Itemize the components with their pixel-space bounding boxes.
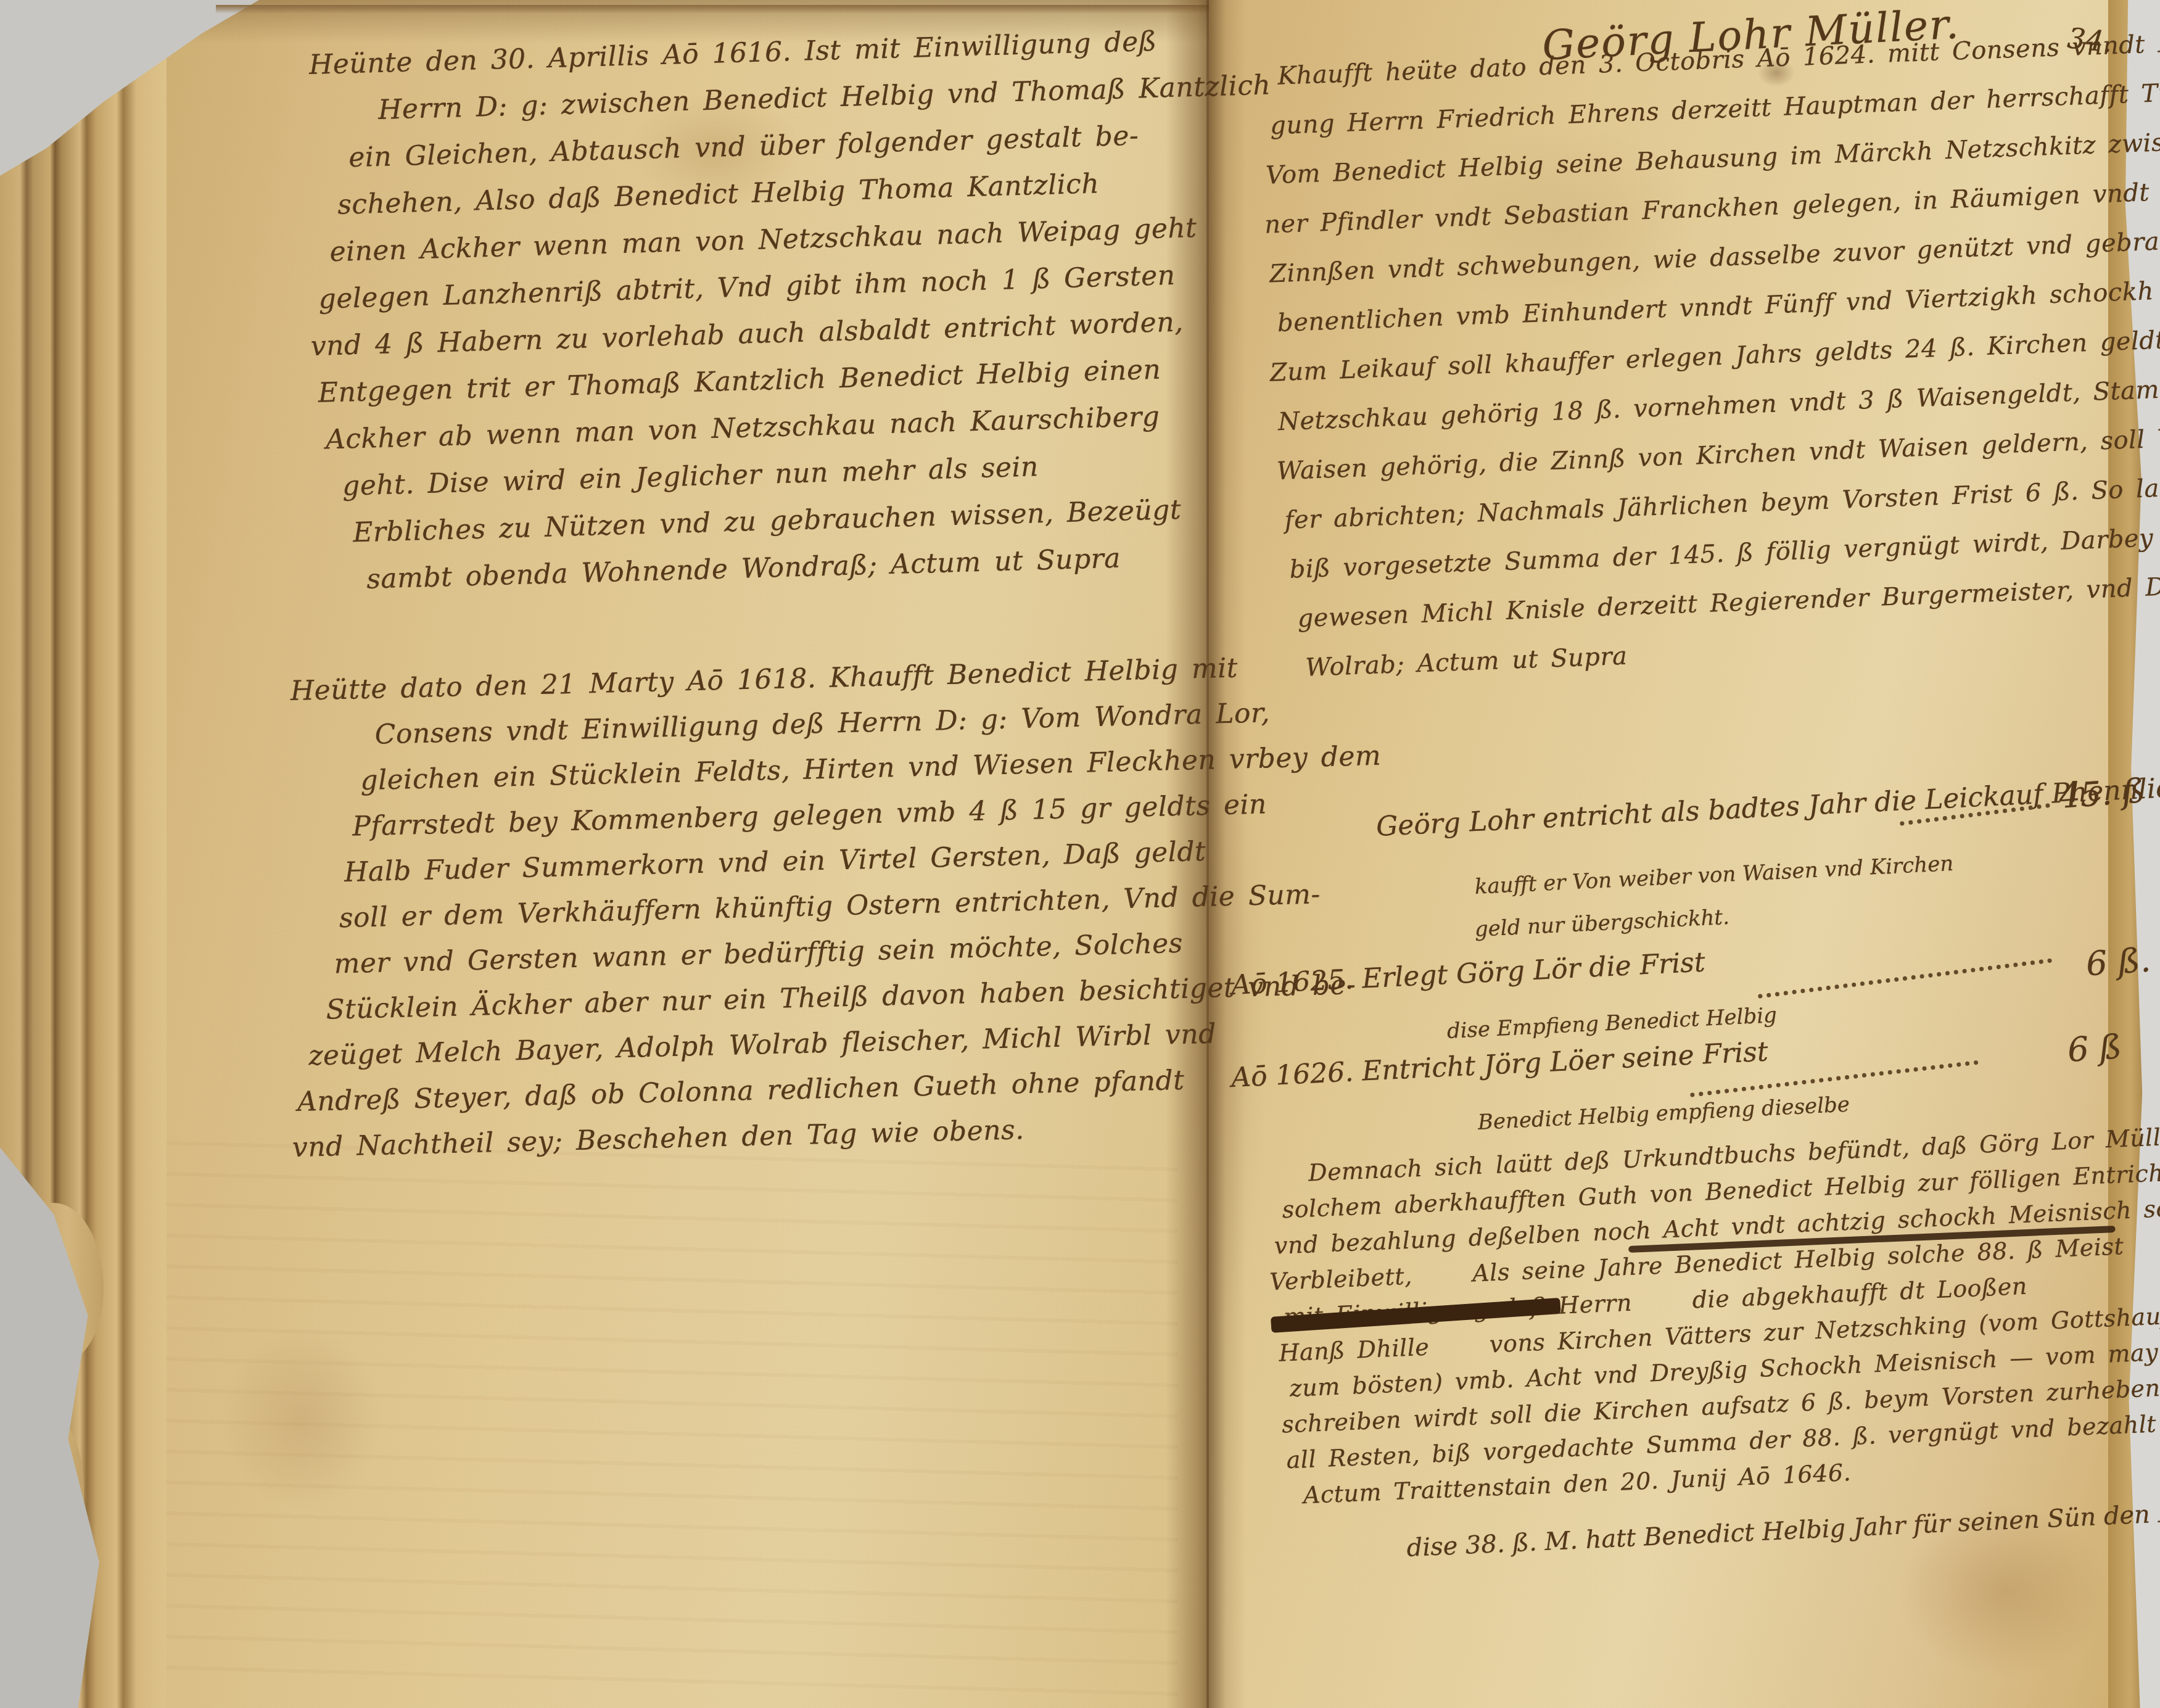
payment-amount: 6 ß. (2085, 940, 2152, 983)
ink-showthrough (160, 1141, 1178, 1696)
payment-amount: 6 ß (2066, 1027, 2123, 1070)
entry-1618-paragraph: Heütte dato den 21 Marty Aō 1618. Khauff… (265, 646, 1214, 1171)
manuscript-photo: Heünte den 30. Aprillis Aō 1616. Ist mit… (0, 0, 2160, 1708)
payment-amount: 45. ß (2058, 771, 2146, 816)
entry-1624-paragraph: Khaufft heüte dato den 3. Octobris Aō 16… (1258, 20, 2160, 694)
page-top-edge (216, 5, 1209, 14)
entry-1616-paragraph: Heünte den 30. Aprillis Aō 1616. Ist mit… (265, 17, 1218, 606)
